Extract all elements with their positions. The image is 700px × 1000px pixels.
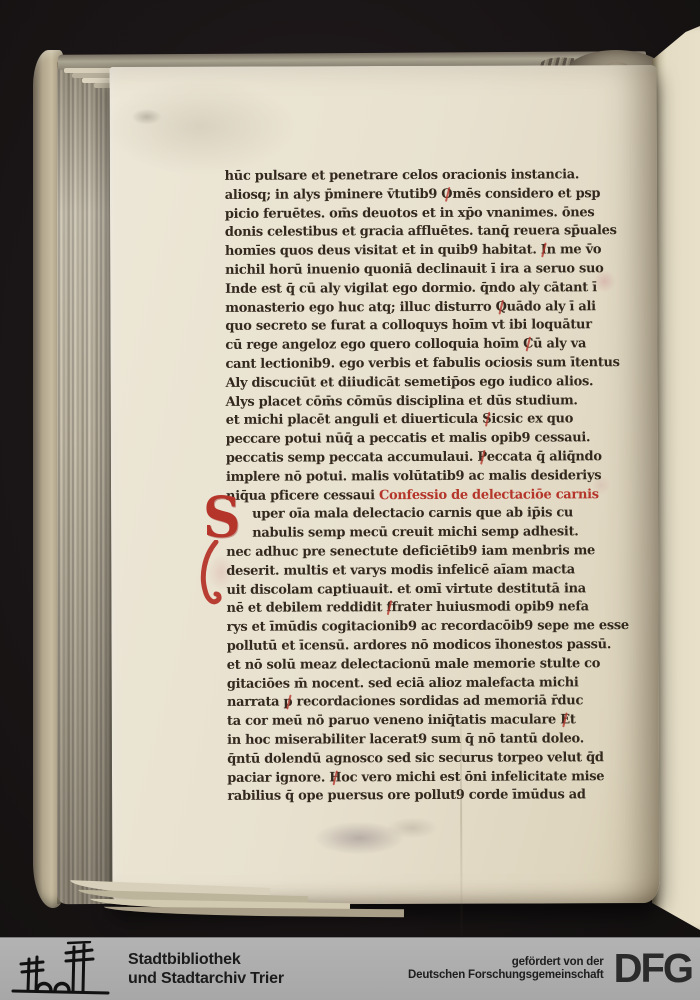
manuscript-line: rabilius q̄ ope puersus ore pollut9 cord… <box>227 786 621 807</box>
manuscript-line: monasterio ego huc atq; illuc disturro Q… <box>225 298 619 319</box>
body-text: eccata q̄ aliq̄ndo <box>487 449 602 465</box>
body-text: monasterio ego huc atq; illuc disturro <box>225 299 495 315</box>
manuscript-line: uit discolam captiuauit. et omī virtute … <box>226 580 620 601</box>
body-text: oc vero michi est ōni infelicitate mise <box>341 769 604 785</box>
body-text: paciar ignore. <box>227 770 329 785</box>
rubricated-capital: P <box>477 449 487 468</box>
manuscript-line: nē et debilem reddidit ffrater huiusmodi… <box>226 598 620 619</box>
body-text: cant lectionib9. ego verbis et fabulis o… <box>225 355 619 372</box>
manuscript-line: picio feruētes. om̄s deuotos et in xp̄o … <box>225 204 619 225</box>
manuscript-line: rys et īmūdis cogitacionib9 ac recordacō… <box>227 617 621 638</box>
body-text: rys et īmūdis cogitacionib9 ac recordacō… <box>227 618 629 635</box>
body-text: ū aly va <box>533 336 586 351</box>
pencil-smudge <box>132 109 162 125</box>
manuscript-line: et michi placēt anguli et diuerticula Si… <box>226 411 620 432</box>
rubricated-capital: Q <box>496 298 507 317</box>
body-text: hūc pulsare et penetrare celos oracionis… <box>225 167 580 184</box>
body-text: recordaciones sordidas ad memoriā r̄duc <box>292 694 583 710</box>
rubricated-capital: O <box>441 186 452 205</box>
body-text: mēs considero et psp <box>452 186 600 202</box>
body-text: implere nō potui. malis volūtatib9 ac ma… <box>226 468 601 485</box>
manuscript-line: quo secreto se furat a colloquys hoīm vt… <box>225 317 619 338</box>
body-text: Aly discuciūt et diiudicāt semetip̄os eg… <box>226 374 594 391</box>
manuscript-text-block: hūc pulsare et penetrare celos oracionis… <box>225 166 622 807</box>
body-text: Inde est q̄ cū aly vigilat ego dormio. q… <box>225 280 597 297</box>
manuscript-line: donis celestibus et gracia affluētes. ta… <box>225 223 619 244</box>
manuscript-line: q̄ntū dolendū agnosco sed sic securus to… <box>227 749 621 770</box>
manuscript-line: peccatis semp peccata accumulaui. Peccat… <box>226 448 620 469</box>
manuscript-line: Aly discuciūt et diiudicāt semetip̄os eg… <box>226 373 620 394</box>
photo-area: hūc pulsare et penetrare celos oracionis… <box>0 0 700 937</box>
body-text: peccatis semp peccata accumulaui. <box>226 450 478 466</box>
body-text: donis celestibus et gracia affluētes. ta… <box>225 224 617 241</box>
body-text: uit discolam captiuauit. et omī virtute … <box>226 581 585 598</box>
funding-line2: Deutschen Forschungsgemeinschaft <box>408 969 604 983</box>
manuscript-line: nec adhuc pre senectute deficiētib9 iam … <box>226 542 620 563</box>
manuscript-line: gitaciōes m̄ nocent. sed eciā alioz male… <box>227 674 621 695</box>
manuscript-line: cū rege angeloz ego quero colloquia hoīm… <box>225 335 619 356</box>
library-name-line1: Stadtbibliothek <box>128 950 284 969</box>
body-text: uādo aly ī ali <box>507 299 596 314</box>
manuscript-line: nichil horū inuenio quoniā declinauit ī … <box>225 260 619 281</box>
body-text: aliosq; in alys p̄minere v̄tutib9 <box>225 187 442 203</box>
manuscript-line: nabulis semp mecū creuit michi semp adhe… <box>226 523 620 544</box>
funding-line1: gefördert von der <box>408 956 604 970</box>
body-text: Alys placet cōm̄s cōmūs disciplina et dū… <box>226 393 578 410</box>
body-text: quo secreto se furat a colloquys hoīm vt… <box>225 318 592 335</box>
manuscript-line: deserit. multis et varys modis infelicē … <box>226 561 620 582</box>
rubricated-capital: E <box>560 711 570 730</box>
manuscript-line: peccare potui nūq̄ a peccatis et malis o… <box>226 429 620 450</box>
fanned-page-edge <box>104 907 404 918</box>
body-text: gitaciōes m̄ nocent. sed eciā alioz male… <box>227 675 579 692</box>
dfg-logo: DFG <box>614 946 692 992</box>
body-text: ta cor meū nō paruo veneno iniq̄tatis ma… <box>227 713 560 729</box>
body-text: nichil horū inuenio quoniā declinauit ī … <box>225 261 604 278</box>
body-text: homīes quos deus visitat et in quib9 hab… <box>225 243 541 259</box>
manuscript-line: cant lectionib9. ego verbis et fabulis o… <box>225 354 619 375</box>
manuscript-line: paciar ignore. Hoc vero michi est ōni in… <box>227 768 621 789</box>
facing-page-sliver <box>652 26 700 930</box>
manuscript-line: homīes quos deus visitat et in quib9 hab… <box>225 241 619 262</box>
manuscript-line: pollutū et īcensū. ardores nō modicos īh… <box>227 636 621 657</box>
body-text: uper oīa mala delectacio carnis que ab i… <box>252 506 573 522</box>
body-text: n me v̄o <box>547 242 602 257</box>
manuscript-initial: S <box>203 490 241 546</box>
body-text: icsic ex quo <box>491 412 573 427</box>
body-text: nec adhuc pre senectute deficiētib9 iam … <box>226 543 595 560</box>
manuscript-line: hūc pulsare et penetrare celos oracionis… <box>225 166 619 187</box>
manuscript-line: uper oīa mala delectacio carnis que ab i… <box>226 504 620 525</box>
rubricated-capital: f <box>386 599 391 618</box>
funding-credit: gefördert von der Deutschen Forschungsge… <box>408 956 604 983</box>
manuscript-line: in hoc miserabiliter lacerat9 sum q̄ nō … <box>227 730 621 751</box>
body-text: frater huiusmodi opib9 nefa <box>392 600 589 616</box>
manuscript-line: narrata p recordaciones sordidas ad memo… <box>227 692 621 713</box>
rubricated-capital: I <box>541 242 547 261</box>
body-text: nē et debilem reddidit <box>226 600 386 616</box>
body-text: q̄ntū dolendū agnosco sed sic securus to… <box>227 750 604 767</box>
library-name: Stadtbibliothek und Stadtarchiv Trier <box>128 950 284 988</box>
rubric-text: Confessio de delectaciōe carnis <box>379 487 599 503</box>
rubricated-capital: p <box>283 694 292 713</box>
body-text: peccare potui nūq̄ a peccatis et malis o… <box>226 430 591 447</box>
manuscript-line: ta cor meū nō paruo veneno iniq̄tatis ma… <box>227 711 621 732</box>
rubricated-capital: C <box>523 336 533 355</box>
manuscript-line: Inde est q̄ cū aly vigilat ego dormio. q… <box>225 279 619 300</box>
body-text: rabilius q̄ ope puersus ore pollut9 cord… <box>227 788 585 805</box>
body-text: pollutū et īcensū. ardores nō modicos īh… <box>227 637 611 654</box>
body-text: et nō solū meaz delectacionū male memori… <box>227 656 600 673</box>
manuscript-line: aliosq; in alys p̄minere v̄tutib9 Omēs c… <box>225 185 619 206</box>
body-text: narrata <box>227 695 284 710</box>
rubricated-capital: H <box>329 769 341 788</box>
body-text: deserit. multis et varys modis infelicē … <box>226 562 575 579</box>
manuscript-line: et nō solū meaz delectacionū male memori… <box>227 655 621 676</box>
body-text: picio feruētes. om̄s deuotos et in xp̄o … <box>225 205 595 222</box>
manuscript-line: niq̄ua pficere cessaui Confessio de dele… <box>226 486 620 507</box>
body-text: nabulis semp mecū creuit michi semp adhe… <box>252 524 578 540</box>
footer-bar: Stadtbibliothek und Stadtarchiv Trier ge… <box>0 937 700 1000</box>
manuscript-line: Alys placet cōm̄s cōmūs disciplina et dū… <box>226 392 620 413</box>
body-text: t <box>570 712 576 727</box>
library-logo-icon <box>10 941 114 997</box>
library-name-line2: und Stadtarchiv Trier <box>128 969 284 988</box>
manuscript-line: implere nō potui. malis volūtatib9 ac ma… <box>226 467 620 488</box>
body-text: cū rege angeloz ego quero colloquia hoīm <box>225 337 523 353</box>
body-text: et michi placēt anguli et diuerticula <box>226 412 483 428</box>
rubricated-capital: S <box>482 411 491 430</box>
body-text: niq̄ua pficere cessaui <box>226 488 379 504</box>
initial-descender-tail <box>196 540 224 610</box>
body-text: in hoc miserabiliter lacerat9 sum q̄ nō … <box>227 731 584 748</box>
